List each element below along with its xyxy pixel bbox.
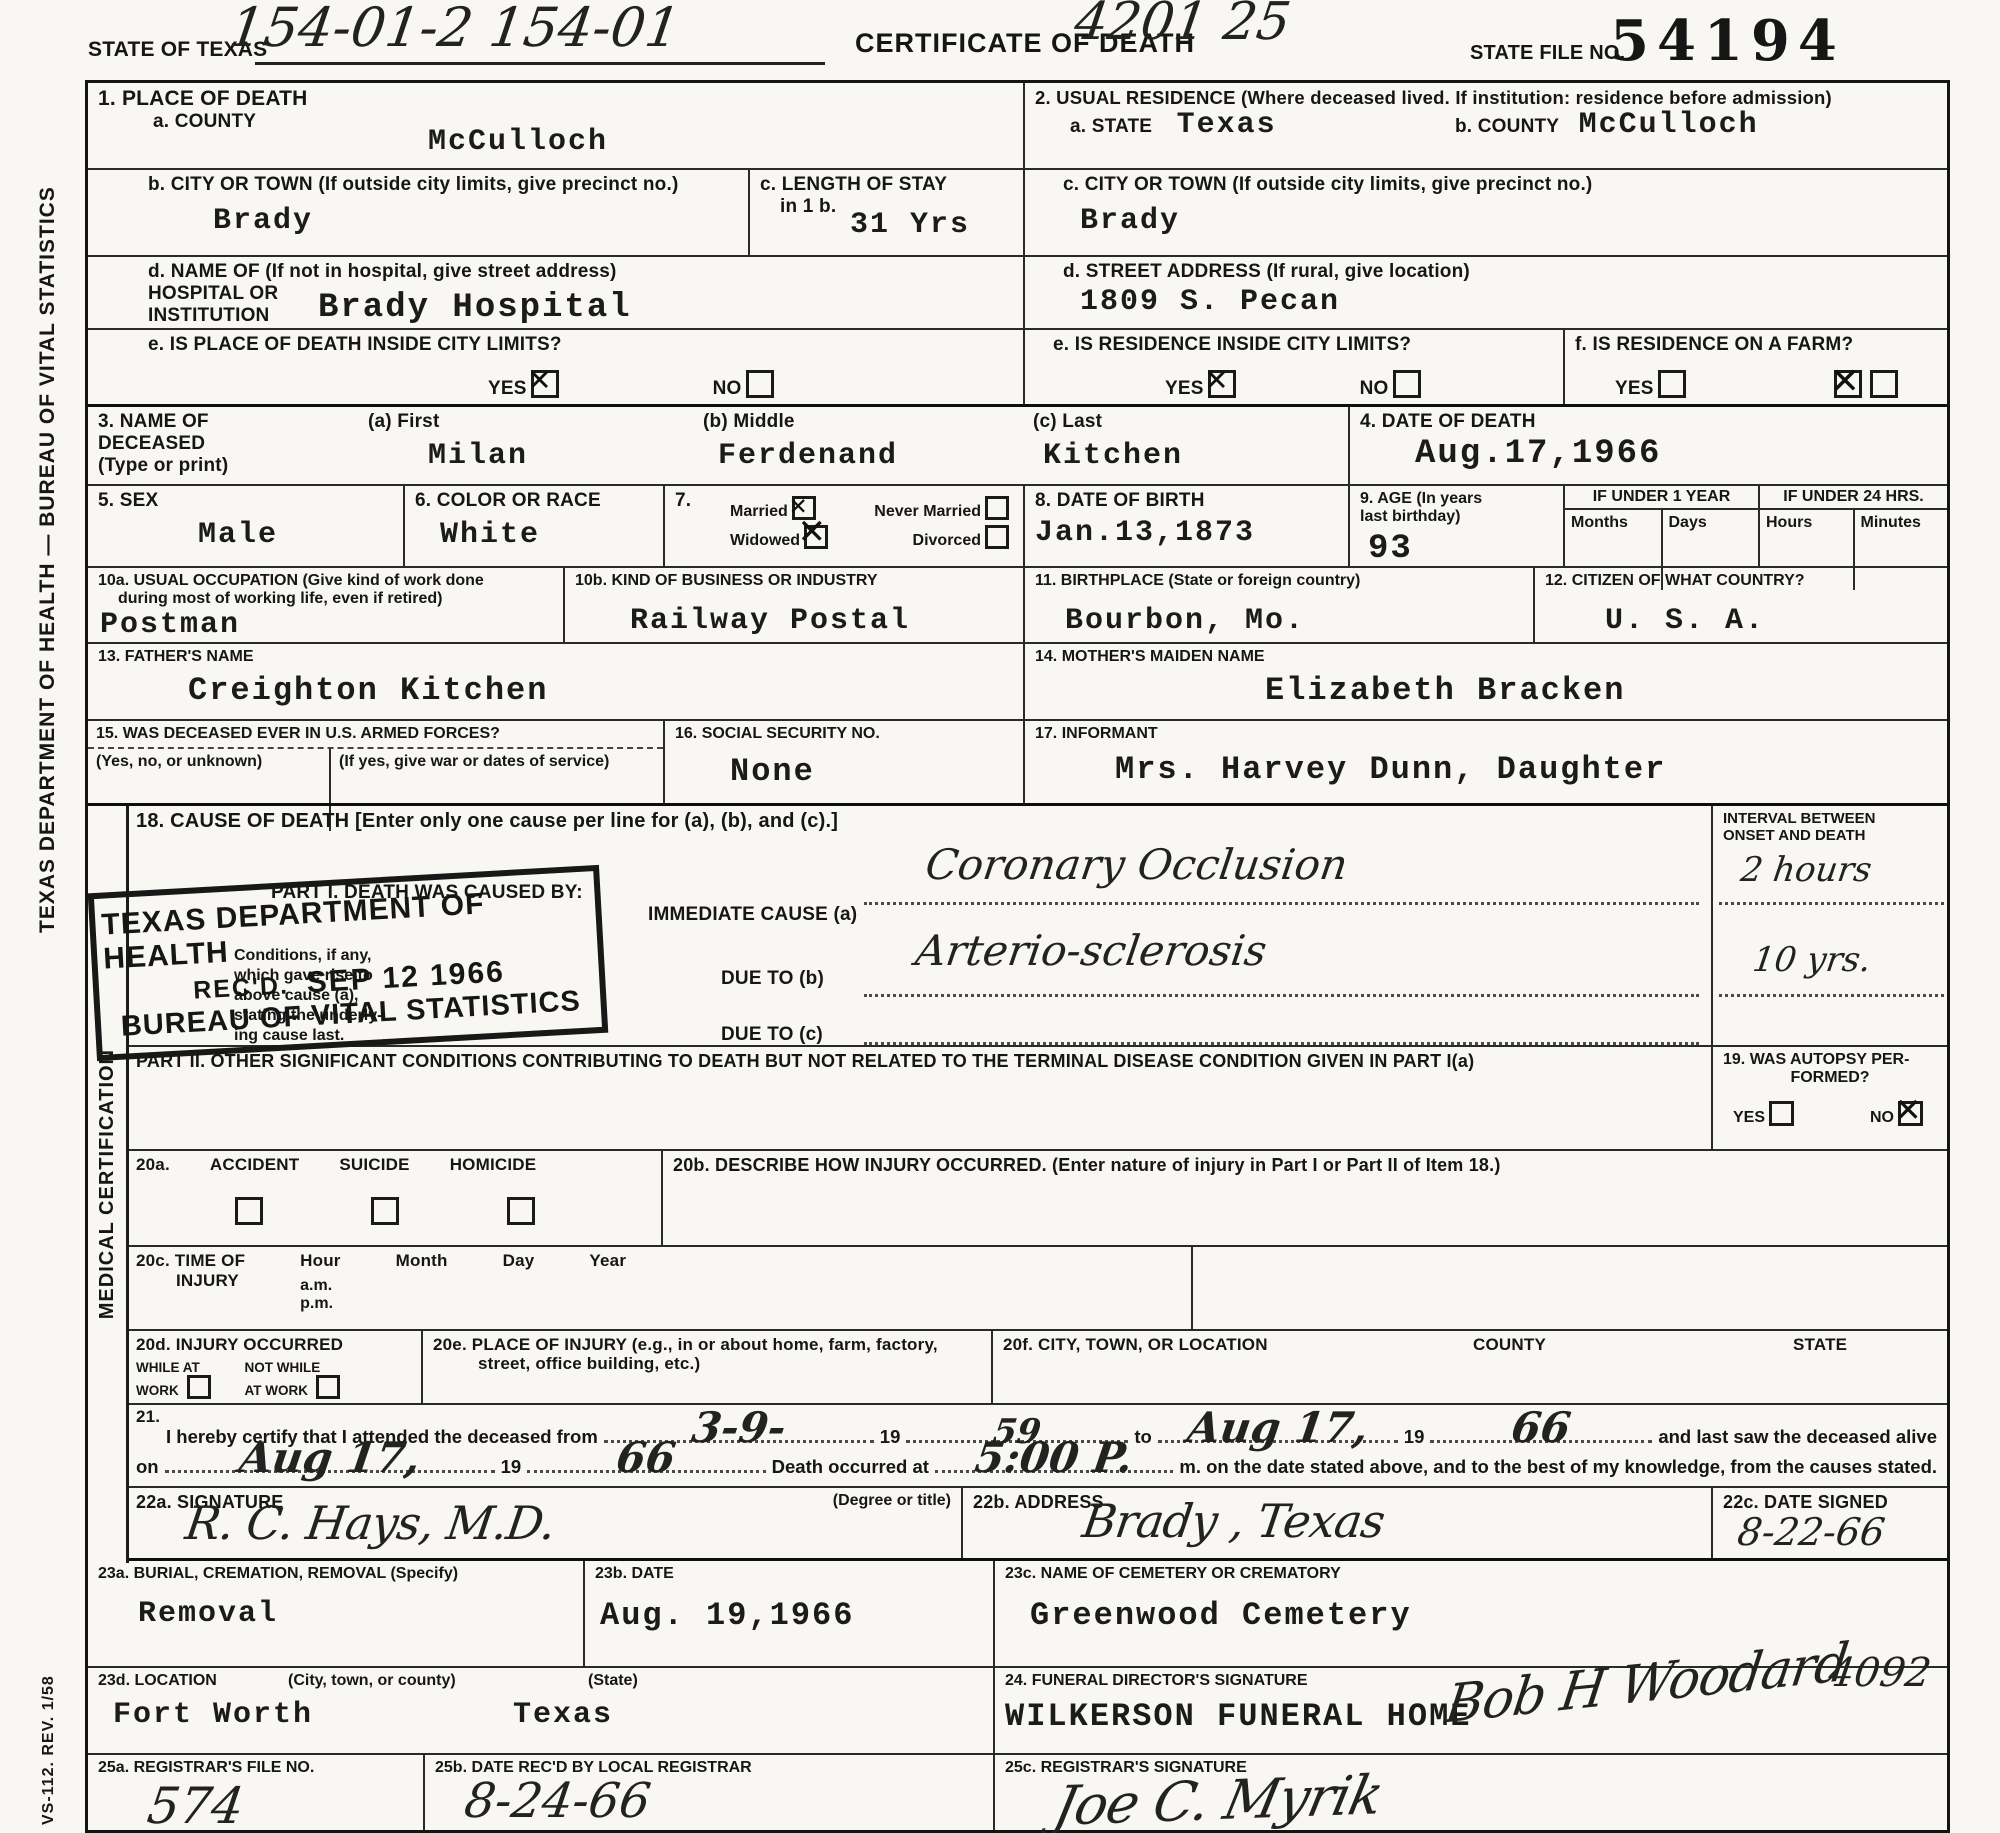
describe-injury-cell: 20b. DESCRIBE HOW INJURY OCCURRED. (Ente… <box>661 1151 1947 1245</box>
row-20d-20e-20f: 20d. INJURY OCCURRED WHILE ATWORK NOT WH… <box>88 1329 1947 1403</box>
res-city-value: Brady <box>1080 204 1937 238</box>
while-at-work-label1: WHILE AT <box>136 1360 200 1375</box>
state-file-no-label: STATE FILE NO. <box>1470 42 1625 65</box>
dod-value: Aug.17,1966 <box>1415 435 1937 473</box>
state-file-number: 54194 <box>1610 8 1845 74</box>
row-parents: 13. FATHER'S NAME Creighton Kitchen 14. … <box>88 642 1947 719</box>
month-label: Month <box>396 1251 448 1313</box>
middle-name-cell: (b) Middle Ferdenand <box>693 407 1023 484</box>
row-20c: 20c. TIME OF INJURY Hour a.m. p.m. Month… <box>88 1245 1947 1329</box>
due-to-c-label: DUE TO (c) <box>721 1024 823 1046</box>
time-injury-label2: INJURY <box>176 1271 245 1291</box>
res-limits-no-checkbox <box>1393 370 1421 398</box>
age-cell: 9. AGE (In years last birthday) 93 <box>1348 486 1563 567</box>
row-limits-farm: e. IS PLACE OF DEATH INSIDE CITY LIMITS?… <box>88 328 1947 404</box>
accident-suicide-homicide-cell: 20a. ACCIDENT SUICIDE HOMICIDE <box>126 1151 661 1245</box>
pod-limits-yes-label: YES <box>488 378 527 399</box>
cause-a-value: Coronary Occlusion <box>923 840 1351 889</box>
burial-type-cell: 23a. BURIAL, CREMATION, REMOVAL (Specify… <box>88 1561 583 1666</box>
father-label: 13. FATHER'S NAME <box>98 648 1013 666</box>
immediate-cause-label: IMMEDIATE CAUSE (a) <box>648 904 857 926</box>
homicide-checkbox <box>507 1197 535 1225</box>
certify-from-date-hw: 3-9- <box>689 1403 789 1452</box>
registrar-file-cell: 25a. REGISTRAR'S FILE NO. 574 <box>88 1755 423 1830</box>
cause-b-line <box>864 994 1699 997</box>
row-20a-20b: 20a. ACCIDENT SUICIDE HOMICIDE 20b. DESC… <box>88 1149 1947 1245</box>
date-of-death-cell: 4. DATE OF DEATH Aug.17,1966 <box>1348 407 1947 484</box>
interval-label1: INTERVAL BETWEEN <box>1723 810 1937 827</box>
row-registrar: 25a. REGISTRAR'S FILE NO. 574 25b. DATE … <box>88 1753 1947 1830</box>
day-label: Day <box>503 1251 535 1313</box>
funeral-director-cell: 24. FUNERAL DIRECTOR'S SIGNATURE WILKERS… <box>993 1668 1947 1754</box>
not-while-work-checkbox <box>316 1375 340 1399</box>
occupation-value: Postman <box>100 608 240 642</box>
sex-label: 5. SEX <box>98 490 393 512</box>
row-place-residence-county: 1. PLACE OF DEATH a. COUNTY McCulloch 2.… <box>88 83 1947 168</box>
certify-t6: m. on the date stated above, and to the … <box>1179 1456 1937 1478</box>
pod-city-cell: b. CITY OR TOWN (If outside city limits,… <box>88 170 748 256</box>
last-name-value: Kitchen <box>1043 439 1338 473</box>
street-label: d. STREET ADDRESS (If rural, give locati… <box>1063 261 1937 283</box>
burial-date-cell: 23b. DATE Aug. 19,1966 <box>583 1561 993 1666</box>
injury-empty-cell <box>1191 1247 1947 1329</box>
death-time-hw: 5:00 P. <box>972 1433 1136 1482</box>
registrar-date-cell: 25b. DATE REC'D BY LOCAL REGISTRAR 8-24-… <box>423 1755 993 1830</box>
certify-t5: Death occurred at <box>772 1456 929 1478</box>
time-injury-label1: 20c. TIME OF <box>136 1251 245 1271</box>
received-stamp: TEXAS DEPARTMENT OF HEALTH REC'D. SEP 12… <box>88 865 609 1061</box>
marital-status-cell: 7. Married✕ Never Married Widowed✕ Divor… <box>663 486 1023 567</box>
autopsy-yes-label: YES <box>1733 1109 1765 1126</box>
name-label2: DECEASED <box>98 433 348 455</box>
cause-a-line <box>864 902 1699 905</box>
part2-label: PART II. OTHER SIGNIFICANT CONDITIONS CO… <box>136 1051 1701 1072</box>
informant-label: 17. INFORMANT <box>1035 725 1937 743</box>
res-county-value: McCulloch <box>1579 108 1759 142</box>
age-label2: last birthday) <box>1360 508 1553 526</box>
row-name-dod: 3. NAME OF DECEASED (Type or print) (a) … <box>88 404 1947 484</box>
informant-value: Mrs. Harvey Dunn, Daughter <box>1115 751 1937 788</box>
certify-t4: on <box>136 1456 159 1478</box>
cemetery-label: 23c. NAME OF CEMETERY OR CREMATORY <box>1005 1565 1937 1583</box>
farm-no-checkbox: ✕ <box>1834 370 1862 398</box>
last-name-label: (c) Last <box>1033 411 1338 433</box>
dod-label: 4. DATE OF DEATH <box>1360 411 1937 433</box>
certificate-form: MEDICAL CERTIFICATION TEXAS DEPARTMENT O… <box>85 80 1950 1833</box>
location-label: 23d. LOCATION <box>98 1672 288 1690</box>
place-of-death-county-cell: 1. PLACE OF DEATH a. COUNTY McCulloch <box>88 83 1023 168</box>
handwritten-district-code: 154-01-2 154-01 <box>226 0 685 59</box>
certify-cell: 21. I hereby certify that I attended the… <box>126 1405 1947 1487</box>
place-injury-label1: 20e. PLACE OF INJURY (e.g., in or about … <box>433 1335 981 1355</box>
physician-signature-cell: 22a. SIGNATURE (Degree or title) R. C. H… <box>126 1488 961 1558</box>
row-city-stay: b. CITY OR TOWN (If outside city limits,… <box>88 168 1947 256</box>
name-label1: 3. NAME OF <box>98 411 348 433</box>
interval-b-line <box>1719 994 1944 997</box>
cause-b-value: Arterio-sclerosis <box>913 926 1270 975</box>
industry-value: Railway Postal <box>630 604 1013 638</box>
row-forces-ssn-informant: 15. WAS DECEASED EVER IN U.S. ARMED FORC… <box>88 719 1947 803</box>
ssn-label: 16. SOCIAL SECURITY NO. <box>675 725 1013 743</box>
medical-certification-label: MEDICAL CERTIFICATION <box>96 1049 119 1319</box>
divorced-checkbox <box>985 525 1009 549</box>
farm-no-checkbox-2 <box>1870 370 1898 398</box>
registrar-signature-hw: Joe C. Myrik <box>1048 1763 1388 1833</box>
first-name-cell: (a) First Milan <box>358 407 693 484</box>
citizen-value: U. S. A. <box>1605 604 1937 638</box>
row-part2-autopsy: PART II. OTHER SIGNIFICANT CONDITIONS CO… <box>88 1045 1947 1150</box>
under-1-year-cell: IF UNDER 1 YEAR Months Days <box>1563 486 1758 567</box>
pod-county-value: McCulloch <box>428 125 608 159</box>
ssn-value: None <box>730 753 1013 790</box>
cemetery-value: Greenwood Cemetery <box>1030 1597 1937 1634</box>
farm-yes-label: YES <box>1615 378 1654 399</box>
row-location-director: 23d. LOCATION (City, town, or county) (S… <box>88 1666 1947 1754</box>
mother-cell: 14. MOTHER'S MAIDEN NAME Elizabeth Brack… <box>1023 644 1947 719</box>
under-1-year-label: IF UNDER 1 YEAR <box>1565 486 1758 510</box>
father-value: Creighton Kitchen <box>188 672 1013 709</box>
registrar-file-label: 25a. REGISTRAR'S FILE NO. <box>98 1759 413 1777</box>
res-state-label: a. STATE <box>1070 116 1152 137</box>
pod-city-label: b. CITY OR TOWN (If outside city limits,… <box>148 174 738 196</box>
hospital-label3: INSTITUTION <box>148 305 269 327</box>
ssn-cell: 16. SOCIAL SECURITY NO. None <box>663 721 1023 803</box>
certify-on-year-hw: 66 <box>614 1433 679 1482</box>
certify-y1: 19 <box>880 1426 901 1448</box>
street-value: 1809 S. Pecan <box>1080 285 1937 319</box>
autopsy-no-label: NO <box>1870 1109 1894 1126</box>
married-label: Married <box>730 503 788 520</box>
last-name-cell: (c) Last Kitchen <box>1023 407 1348 484</box>
location-state-value: Texas <box>513 1698 613 1732</box>
stamp-recd: REC'D. <box>192 971 289 1005</box>
injury-occurred-cell: 20d. INJURY OCCURRED WHILE ATWORK NOT WH… <box>126 1331 421 1403</box>
dob-label: 8. DATE OF BIRTH <box>1035 490 1338 512</box>
birthplace-cell: 11. BIRTHPLACE (State or foreign country… <box>1023 568 1533 642</box>
divorced-label: Divorced <box>913 532 981 549</box>
stay-label: c. LENGTH OF STAY <box>760 174 1013 196</box>
occupation-cell: 10a. USUAL OCCUPATION (Give kind of work… <box>88 568 563 642</box>
part2-cell: PART II. OTHER SIGNIFICANT CONDITIONS CO… <box>126 1047 1711 1150</box>
birthplace-value: Bourbon, Mo. <box>1065 604 1523 638</box>
stay-value: 31 Yrs <box>850 208 970 242</box>
res-city-label: c. CITY OR TOWN (If outside city limits,… <box>1063 174 1937 196</box>
sex-value: Male <box>198 518 393 552</box>
res-limits-no-label: NO <box>1360 378 1389 399</box>
name-of-deceased-cell: 3. NAME OF DECEASED (Type or print) <box>88 407 358 484</box>
never-married-checkbox <box>985 496 1009 520</box>
age-value: 93 <box>1368 530 1413 568</box>
interval-a-line <box>1719 902 1944 905</box>
stamp-line1: TEXAS DEPARTMENT OF HEALTH <box>101 881 592 976</box>
race-cell: 6. COLOR OR RACE White <box>403 486 663 567</box>
describe-injury-label: 20b. DESCRIBE HOW INJURY OCCURRED. (Ente… <box>673 1155 1937 1176</box>
while-at-work-checkbox <box>187 1375 211 1399</box>
father-cell: 13. FATHER'S NAME Creighton Kitchen <box>88 644 1023 719</box>
homicide-label: HOMICIDE <box>450 1155 537 1175</box>
res-limits-label: e. IS RESIDENCE INSIDE CITY LIMITS? <box>1053 334 1553 356</box>
registrar-file-hw: 574 <box>144 1777 248 1833</box>
usual-residence-cell: 2. USUAL RESIDENCE (Where deceased lived… <box>1023 83 1947 168</box>
funeral-director-number-hw: 4092 <box>1826 1650 1934 1696</box>
injury-county-label: COUNTY <box>1473 1335 1793 1355</box>
res-county-label: b. COUNTY <box>1455 116 1559 137</box>
cause-label: 18. CAUSE OF DEATH [Enter only one cause… <box>136 810 1701 833</box>
death-certificate-page: STATE OF TEXAS 154-01-2 154-01 CERTIFICA… <box>0 0 2000 1833</box>
autopsy-cell: 19. WAS AUTOPSY PER- FORMED? YES NO✕ <box>1711 1047 1947 1150</box>
race-label: 6. COLOR OR RACE <box>415 490 653 512</box>
place-of-injury-cell: 20e. PLACE OF INJURY (e.g., in or about … <box>421 1331 991 1403</box>
interval-a-value: 2 hours <box>1738 850 1874 890</box>
certify-t2: to <box>1134 1426 1151 1448</box>
first-name-label: (a) First <box>368 411 683 433</box>
due-to-b-label: DUE TO (b) <box>721 968 824 990</box>
industry-cell: 10b. KIND OF BUSINESS OR INDUSTRY Railwa… <box>563 568 1023 642</box>
mother-label: 14. MOTHER'S MAIDEN NAME <box>1035 648 1937 666</box>
row-occupation: 10a. USUAL OCCUPATION (Give kind of work… <box>88 566 1947 642</box>
farm-yes-checkbox <box>1658 370 1686 398</box>
physician-address-hw: Brady , Texas <box>1079 1494 1387 1548</box>
place-of-death-title: 1. PLACE OF DEATH <box>98 87 1013 111</box>
injury-city-label: 20f. CITY, TOWN, OR LOCATION <box>1003 1335 1473 1355</box>
burial-type-value: Removal <box>138 1597 573 1631</box>
age-label: 9. AGE (In years <box>1360 490 1553 508</box>
under-24-hrs-cell: IF UNDER 24 HRS. Hours Minutes <box>1758 486 1947 567</box>
first-name-value: Milan <box>428 439 683 473</box>
degree-title-label: (Degree or title) <box>833 1492 951 1513</box>
mother-value: Elizabeth Bracken <box>1265 672 1937 709</box>
pod-limits-cell: e. IS PLACE OF DEATH INSIDE CITY LIMITS?… <box>88 330 1023 404</box>
label-20a: 20a. <box>136 1155 170 1175</box>
middle-name-value: Ferdenand <box>718 439 1013 473</box>
res-state-value: Texas <box>1177 108 1277 142</box>
hour-label: Hour <box>300 1251 340 1271</box>
dob-value: Jan.13,1873 <box>1035 516 1338 550</box>
armed-forces-cell: 15. WAS DECEASED EVER IN U.S. ARMED FORC… <box>88 721 663 803</box>
injury-state-label: STATE <box>1793 1335 1847 1355</box>
location-sub2: (State) <box>588 1672 638 1690</box>
usual-residence-title: 2. USUAL RESIDENCE (Where deceased lived… <box>1035 87 1937 108</box>
burial-date-label: 23b. DATE <box>595 1565 983 1583</box>
physician-signature-hw: R. C. Hays, M.D. <box>182 1496 558 1550</box>
location-sub1: (City, town, or county) <box>288 1672 588 1690</box>
pod-limits-yes-checkbox: ✕ <box>531 370 559 398</box>
date-signed-hw: 8-22-66 <box>1735 1510 1888 1554</box>
never-married-label: Never Married <box>874 503 981 520</box>
interval-label2: ONSET AND DEATH <box>1723 827 1937 844</box>
handwritten-top-number: 4201 25 <box>1071 0 1294 52</box>
location-city-value: Fort Worth <box>113 1698 513 1732</box>
date-signed-cell: 22c. DATE SIGNED 8-22-66 <box>1711 1488 1947 1558</box>
dob-cell: 8. DATE OF BIRTH Jan.13,1873 <box>1023 486 1348 567</box>
certify-y3: 19 <box>501 1456 522 1478</box>
burial-type-label: 23a. BURIAL, CREMATION, REMOVAL (Specify… <box>98 1565 573 1583</box>
autopsy-no-checkbox: ✕ <box>1898 1101 1923 1126</box>
row-22-signature: 22a. SIGNATURE (Degree or title) R. C. H… <box>88 1486 1947 1558</box>
res-limits-yes-checkbox: ✕ <box>1208 370 1236 398</box>
middle-name-label: (b) Middle <box>703 411 1013 433</box>
pm-label: p.m. <box>300 1295 340 1313</box>
sex-cell: 5. SEX Male <box>88 486 403 567</box>
am-label: a.m. <box>300 1277 340 1295</box>
header-underline <box>255 62 825 65</box>
injury-occurred-label: 20d. INJURY OCCURRED <box>136 1335 411 1355</box>
suicide-label: SUICIDE <box>339 1155 409 1175</box>
occupation-label: 10a. USUAL OCCUPATION (Give kind of work… <box>98 572 553 590</box>
certify-y2: 19 <box>1404 1426 1425 1448</box>
pod-city-value: Brady <box>213 204 738 238</box>
registrar-signature-cell: 25c. REGISTRAR'S SIGNATURE Joe C. Myrik <box>993 1755 1947 1830</box>
res-limits-yes-label: YES <box>1165 378 1204 399</box>
race-value: White <box>440 518 653 552</box>
autopsy-yes-checkbox <box>1769 1101 1794 1126</box>
row-certification: 21. I hereby certify that I attended the… <box>88 1403 1947 1487</box>
armed-forces-label: 15. WAS DECEASED EVER IN U.S. ARMED FORC… <box>88 721 663 749</box>
burial-location-cell: 23d. LOCATION (City, town, or county) (S… <box>88 1668 993 1754</box>
year-label: Year <box>589 1251 626 1313</box>
street-address-cell: d. STREET ADDRESS (If rural, give locati… <box>1023 257 1947 328</box>
agency-vertical-label: TEXAS DEPARTMENT OF HEALTH — BUREAU OF V… <box>36 80 78 1040</box>
occupation-label2: during most of working life, even if ret… <box>118 590 553 608</box>
farm-label: f. IS RESIDENCE ON A FARM? <box>1575 334 1937 356</box>
not-while-work-label2: AT WORK <box>245 1383 309 1398</box>
while-at-work-label2: WORK <box>136 1383 179 1398</box>
not-while-work-label1: NOT WHILE <box>245 1360 321 1375</box>
farm-cell: f. IS RESIDENCE ON A FARM? YES ✕ <box>1563 330 1947 404</box>
place-injury-label2: street, office building, etc.) <box>478 1354 981 1374</box>
citizen-label: 12. CITIZEN OF WHAT COUNTRY? <box>1545 572 1937 590</box>
citizen-cell: 12. CITIZEN OF WHAT COUNTRY? U. S. A. <box>1533 568 1947 642</box>
name-label3: (Type or print) <box>98 455 348 477</box>
widowed-checkbox: ✕ <box>804 525 828 549</box>
time-of-injury-cell: 20c. TIME OF INJURY Hour a.m. p.m. Month… <box>126 1247 1191 1329</box>
accident-label: ACCIDENT <box>210 1155 299 1175</box>
hospital-value: Brady Hospital <box>318 289 632 327</box>
certify-t3: and last saw the deceased alive <box>1658 1426 1937 1448</box>
length-of-stay-cell: c. LENGTH OF STAY in 1 b. 31 Yrs <box>748 170 1023 256</box>
res-city-cell: c. CITY OR TOWN (If outside city limits,… <box>1023 170 1947 256</box>
under-24-label: IF UNDER 24 HRS. <box>1760 486 1947 510</box>
industry-label: 10b. KIND OF BUSINESS OR INDUSTRY <box>575 572 1013 590</box>
hospital-label: d. NAME OF (If not in hospital, give str… <box>148 261 1013 283</box>
form-number-vertical: VS-112. REV. 1/58 <box>40 1575 70 1825</box>
pod-limits-label: e. IS PLACE OF DEATH INSIDE CITY LIMITS? <box>148 334 1013 356</box>
widowed-label: Widowed <box>730 532 800 549</box>
suicide-checkbox <box>371 1197 399 1225</box>
injury-city-cell: 20f. CITY, TOWN, OR LOCATION COUNTY STAT… <box>991 1331 1947 1403</box>
birthplace-label: 11. BIRTHPLACE (State or foreign country… <box>1035 572 1523 590</box>
informant-cell: 17. INFORMANT Mrs. Harvey Dunn, Daughter <box>1023 721 1947 803</box>
hospital-cell: d. NAME OF (If not in hospital, give str… <box>88 257 1023 328</box>
autopsy-label1: 19. WAS AUTOPSY PER- <box>1723 1051 1937 1069</box>
interval-cell: INTERVAL BETWEEN ONSET AND DEATH 2 hours… <box>1711 806 1947 1045</box>
certify-to-date-hw: Aug 17, <box>1184 1403 1371 1452</box>
pod-limits-no-label: NO <box>713 378 742 399</box>
row-hospital-street: d. NAME OF (If not in hospital, give str… <box>88 255 1947 328</box>
certify-on-date-hw: Aug 17, <box>236 1433 423 1482</box>
res-limits-cell: e. IS RESIDENCE INSIDE CITY LIMITS? YES✕… <box>1023 330 1563 404</box>
pod-limits-no-checkbox <box>746 370 774 398</box>
burial-date-value: Aug. 19,1966 <box>600 1597 983 1634</box>
physician-address-cell: 22b. ADDRESS Brady , Texas <box>961 1488 1711 1558</box>
accident-checkbox <box>235 1197 263 1225</box>
certify-to-year-hw: 66 <box>1509 1403 1574 1452</box>
row-sex-race-marital: 5. SEX Male 6. COLOR OR RACE White 7. Ma… <box>88 484 1947 567</box>
interval-b-value: 10 yrs. <box>1750 940 1873 980</box>
row-23-burial: 23a. BURIAL, CREMATION, REMOVAL (Specify… <box>88 1558 1947 1666</box>
registrar-date-hw: 8-24-66 <box>461 1773 654 1829</box>
